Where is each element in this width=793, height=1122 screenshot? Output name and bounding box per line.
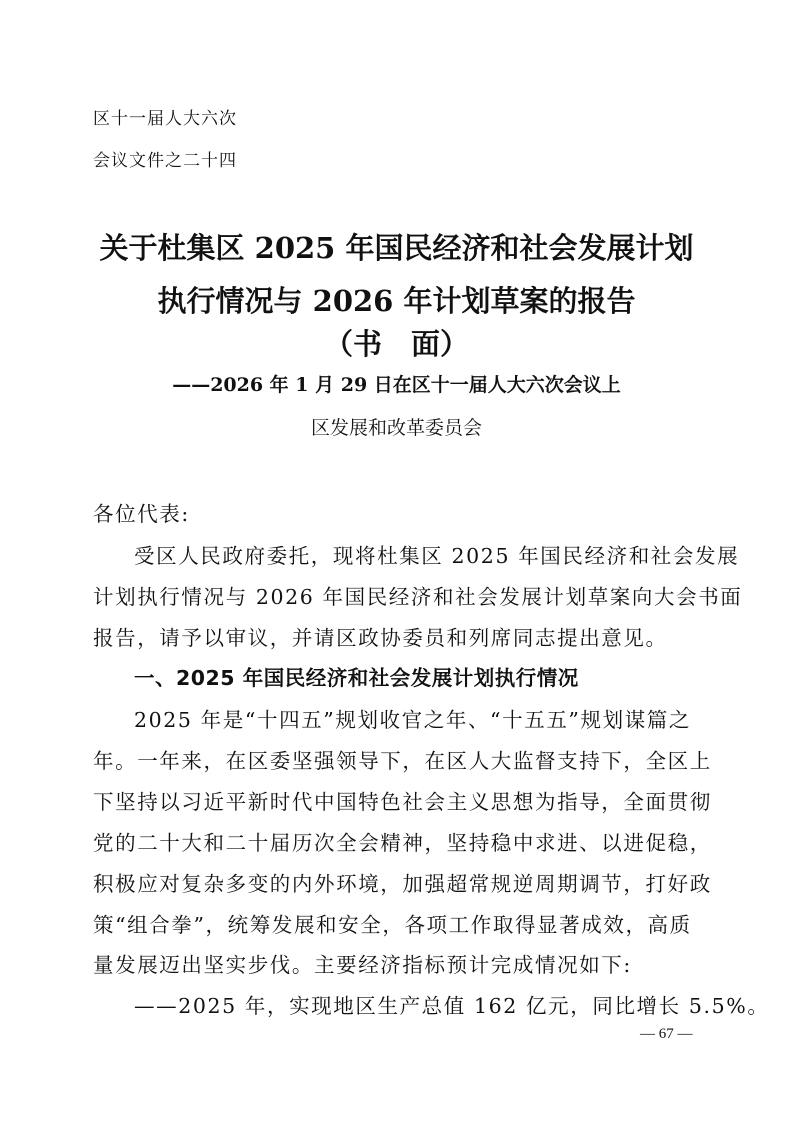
intro-line: 受区人民政府委托，现将杜集区 2025 年国民经济和社会发展	[134, 539, 739, 569]
document-id-line1: 区十一届人大六次	[93, 104, 237, 129]
report-title-line3: （书 面）	[0, 322, 793, 363]
section-line: 量发展迈出坚实步伐。主要经济指标预计完成情况如下:	[93, 948, 632, 978]
report-title-line1: 关于杜集区 2025 年国民经济和社会发展计划	[0, 226, 793, 267]
salutation: 各位代表:	[93, 497, 190, 527]
intro-line: 计划执行情况与 2026 年国民经济和社会发展计划草案向大会书面	[93, 580, 742, 610]
section-line: 下坚持以习近平新时代中国特色社会主义思想为指导，全面贯彻	[93, 785, 712, 815]
document-id-line2: 会议文件之二十四	[93, 146, 237, 171]
gdp-indicator-line: ——2025 年，实现地区生产总值 162 亿元，同比增长 5.5%。	[134, 989, 769, 1019]
section-line: 党的二十大和二十届历次全会精神，坚持稳中求进、以进促稳，	[93, 826, 712, 856]
section-line: 策“组合拳”，统筹发展和安全，各项工作取得显著成效，高质	[93, 908, 692, 938]
report-presenter: 区发展和改革委员会	[0, 413, 793, 440]
section-line: 积极应对复杂多变的内外环境，加强超常规逆周期调节，打好政	[93, 867, 712, 897]
intro-line: 报告，请予以审议，并请区政协委员和列席同志提出意见。	[93, 621, 668, 651]
section-line: 年。一年来，在区委坚强领导下，在区人大监督支持下，全区上	[93, 744, 712, 774]
report-title-line2: 执行情况与 2026 年计划草案的报告	[0, 279, 793, 320]
report-date-line: ——2026 年 1 月 29 日在区十一届人大六次会议上	[0, 370, 793, 397]
section-line: 2025 年是“十四五”规划收官之年、“十五五”规划谋篇之	[134, 703, 691, 733]
section-heading: 一、2025 年国民经济和社会发展计划执行情况	[134, 661, 579, 691]
page-number: — 67 —	[640, 1026, 693, 1043]
